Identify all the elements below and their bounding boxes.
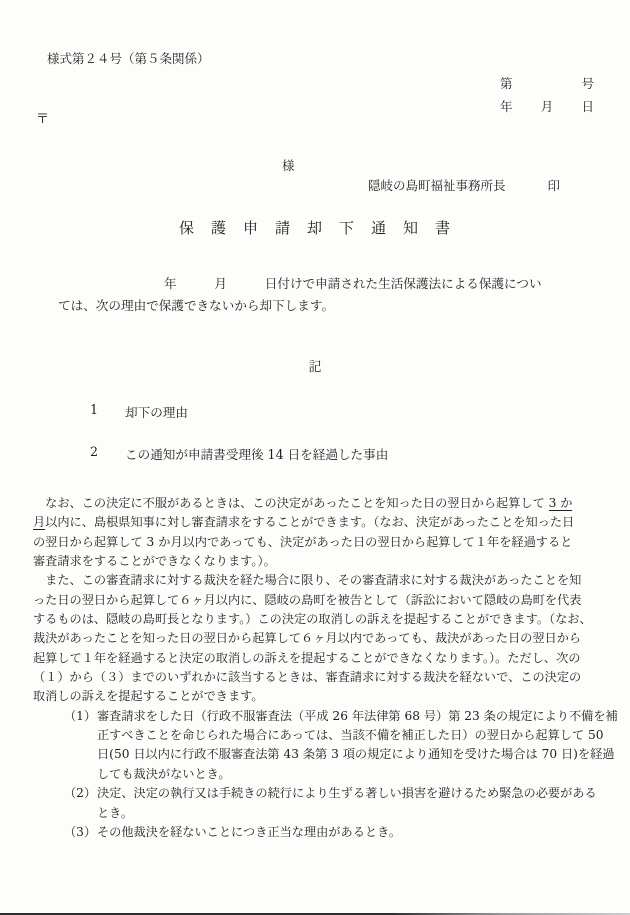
condition-2-line2: とき。 — [97, 804, 599, 823]
item-2-text: この通知が申請書受理後 14 日を経過した事由 — [125, 444, 388, 463]
postal-mark: 〒 — [36, 108, 49, 127]
note-p1-line1: なお、この決定に不服があるときは、この決定があったことを知った日の翌日から起算し… — [33, 494, 599, 513]
document-page: 様式第２４号（第５条関係） 第 号 年 月 日 〒 様 隠岐の島町福祉事務所長 … — [0, 0, 630, 915]
page-title: 保 護 申 請 却 下 通 知 書 — [0, 217, 630, 238]
date-month-label: 月 — [541, 99, 554, 115]
issuer-row: 隠岐の島町福祉事務所長 印 — [368, 176, 560, 194]
addressee-suffix: 様 — [282, 156, 295, 174]
date-year-label: 年 — [500, 99, 513, 115]
seal-placeholder: 印 — [548, 176, 561, 194]
condition-1-line4: しても裁決がないとき。 — [97, 765, 599, 784]
condition-item-1: （1） 審査請求をした日（行政不服審査法（平成 26 年法律第 68 号）第 2… — [33, 707, 599, 726]
document-number-row: 第 号 — [500, 76, 594, 92]
note-p2-line3: するものは、隠岐の島町長となります。）この決定の取消しの訴えを提起することができ… — [33, 610, 599, 629]
note-p1-line4: 審査請求をすることができなくなります。）。 — [33, 552, 599, 571]
opening-paragraph: 年 月 日付けで申請された生活保護法による保護につい ては、次の理由で保護できな… — [33, 273, 599, 316]
note-p1-line2: 月以内に、島根県知事に対し審査請求をすることができます。（なお、決定があったこと… — [33, 513, 599, 532]
doc-number-suffix: 号 — [581, 76, 594, 92]
note-p1-line2-text: 以内に、島根県知事に対し審査請求をすることができます。（なお、決定があったことを… — [45, 515, 574, 529]
condition-1-marker: （1） — [64, 707, 97, 726]
condition-item-3: （3） その他裁決を経ないことにつき正当な理由があるとき。 — [33, 823, 599, 842]
note-p1-line3: の翌日から起算して 3 か月以内であっても、決定があった日の翌日から起算して１年… — [33, 533, 599, 552]
note-p2-line4: 裁決があったことを知った日の翌日から起算して６ヶ月以内であっても、裁決があった日… — [33, 629, 599, 648]
reason-item-2: 2 この通知が申請書受理後 14 日を経過した事由 — [90, 444, 388, 463]
note-p2-line1: また、この審査請求に対する裁決を経た場合に限り、その審査請求に対する裁決があった… — [33, 571, 599, 590]
item-1-text: 却下の理由 — [125, 402, 188, 421]
note-p2-line5: 起算して１年を経過すると決定の取消しの訴えを提起することができなくなります。）。… — [33, 649, 599, 668]
item-2-number: 2 — [90, 444, 98, 463]
date-day-label: 日 — [581, 99, 594, 115]
condition-2-line1: 決定、決定の執行又は手続きの続行により生ずる著しい損害を避けるため緊急の必要があ… — [97, 784, 597, 803]
condition-3-line1: その他裁決を経ないことにつき正当な理由があるとき。 — [97, 823, 401, 842]
opening-line-1: 年 月 日付けで申請された生活保護法による保護につい — [164, 273, 599, 295]
underlined-3months-part1: 3 か — [549, 496, 573, 511]
note-p2-line7: 取消しの訴えを提起することができます。 — [33, 687, 599, 706]
condition-item-2: （2） 決定、決定の執行又は手続きの続行により生ずる著しい損害を避けるため緊急の… — [33, 784, 599, 803]
ki-separator: 記 — [0, 356, 630, 375]
condition-2-marker: （2） — [64, 784, 97, 803]
condition-1-line1: 審査請求をした日（行政不服審査法（平成 26 年法律第 68 号）第 23 条の… — [97, 707, 618, 726]
note-p2-line2: った日の翌日から起算して６ヶ月以内に、隠岐の島町を被告として（訴訟において隠岐の… — [33, 591, 599, 610]
appeal-notes: なお、この決定に不服があるときは、この決定があったことを知った日の翌日から起算し… — [33, 494, 599, 842]
issuer-title: 隠岐の島町福祉事務所長 — [368, 176, 506, 194]
opening-line-2: ては、次の理由で保護できないから却下します。 — [58, 295, 599, 317]
date-row: 年 月 日 — [500, 99, 594, 115]
doc-number-prefix: 第 — [500, 76, 513, 92]
note-p1-line1-text: なお、この決定に不服があるときは、この決定があったことを知った日の翌日から起算し… — [33, 496, 549, 510]
note-p2-line6: （１）から（３）までのいずれかに該当するときは、審査請求に対する裁決を経ないで、… — [33, 668, 599, 687]
condition-3-marker: （3） — [64, 823, 97, 842]
underlined-3months-part2: 月 — [33, 515, 45, 530]
item-1-number: 1 — [90, 402, 98, 421]
reason-item-1: 1 却下の理由 — [90, 402, 188, 421]
form-number-label: 様式第２４号（第５条関係） — [47, 51, 210, 67]
condition-1-line3: 日(50 日以内に行政不服審査法第 43 条第 3 項の規定により通知を受けた場… — [97, 745, 599, 764]
condition-1-line2: 正すべきことを命じられた場合にあっては、当該不備を補正した日）の翌日から起算して… — [97, 726, 599, 745]
